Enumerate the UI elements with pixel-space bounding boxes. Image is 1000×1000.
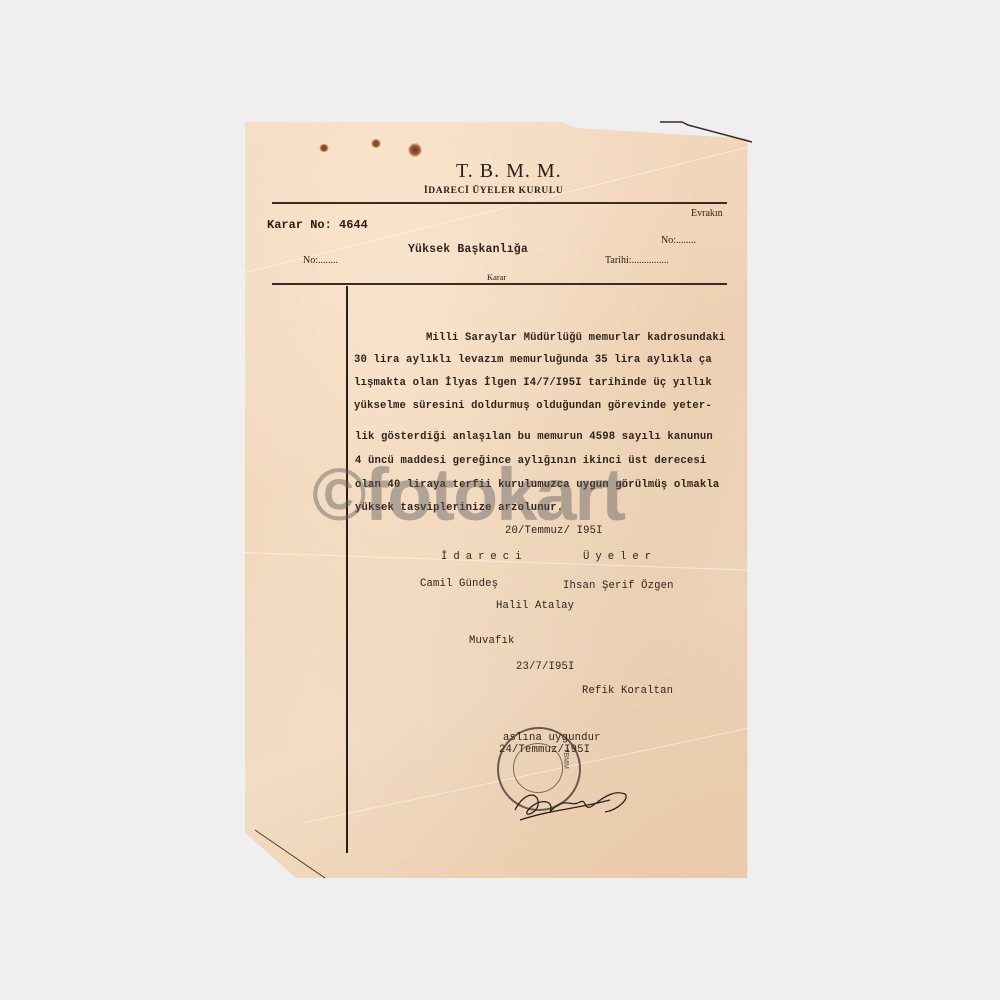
member-name: Camil Gündeş: [420, 578, 498, 590]
body-line: lik gösterdiği anlaşılan bu memurun 4598…: [355, 431, 713, 443]
header-subtitle: İDARECİ ÜYELER KURULU: [424, 186, 563, 196]
certification-date: 24/Temmuz/I95I: [499, 744, 590, 756]
section-rule: [272, 283, 727, 285]
certification-text: aslına uygundur: [503, 732, 601, 744]
torn-corner-edge: [245, 820, 335, 880]
approval-date: 23/7/I95I: [516, 661, 575, 673]
stain: [371, 139, 381, 148]
margin-line: [346, 286, 348, 853]
evrak-no: No:........: [661, 235, 696, 246]
body-line: Milli Saraylar Müdürlüğü memurlar kadros…: [426, 332, 725, 344]
signatories-heading-right: Üyeler: [583, 551, 657, 563]
signature-scribble: [510, 780, 635, 825]
member-name: Halil Atalay: [496, 600, 574, 612]
body-line: yükselme süresini doldurmuş olduğundan g…: [354, 400, 712, 412]
approval-label: Muvafık: [469, 635, 515, 647]
body-line: 30 lira aylıklı levazım memurluğunda 35 …: [354, 354, 712, 366]
karar-label: Karar: [487, 272, 506, 282]
karar-number: Karar No: 4644: [267, 218, 368, 232]
addressee: Yüksek Başkanlığa: [408, 243, 528, 256]
stain: [408, 143, 422, 157]
left-no: No:........: [303, 255, 338, 266]
folded-edge: [660, 118, 760, 148]
signatories-heading-left: İdareci: [441, 551, 528, 563]
body-line: lışmakta olan İlyas İlgen I4/7/I95I tari…: [354, 377, 712, 389]
header-title: T. B. M. M.: [456, 160, 562, 183]
evrak-tarihi: Tarihi:...............: [605, 255, 669, 266]
watermark: ©fotokart: [312, 458, 624, 532]
header-rule: [272, 202, 727, 204]
member-name: Ihsan Şerif Özgen: [563, 580, 674, 592]
approval-name: Refik Koraltan: [582, 685, 673, 697]
stain: [319, 144, 329, 152]
evrak-label: Evrakın: [691, 208, 723, 219]
